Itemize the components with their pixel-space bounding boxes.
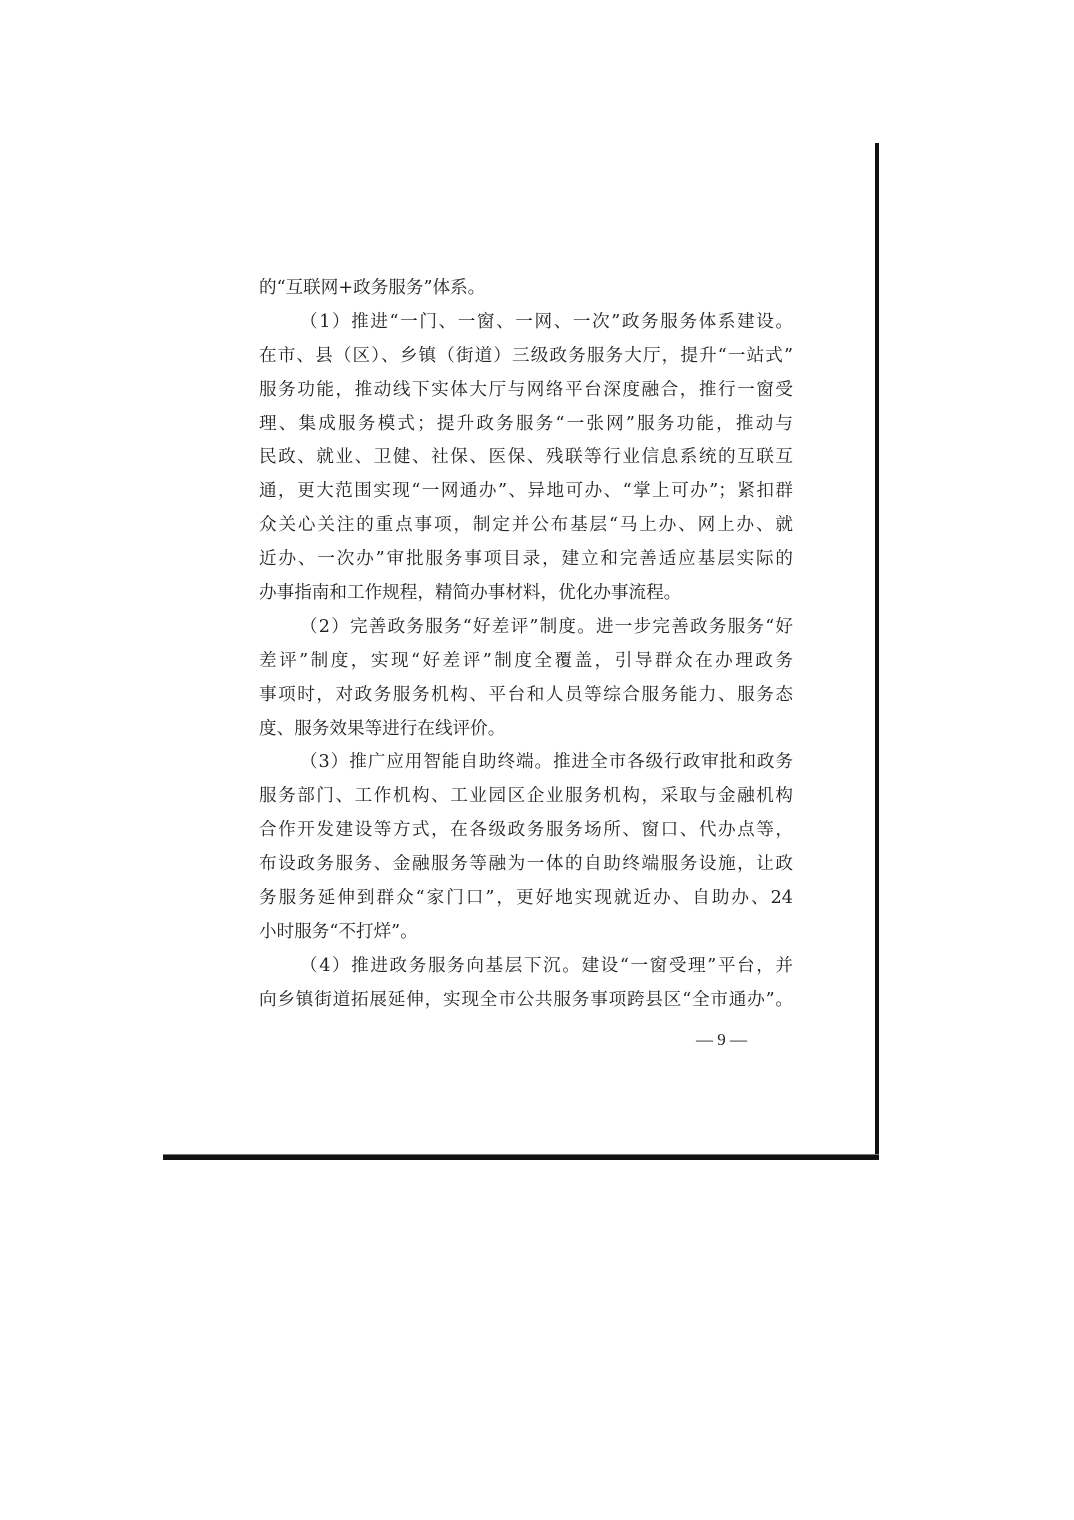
text-line-paragraph-2-heading: （2）完善政务服务“好差评”制度。进一步完善政务服务“好	[259, 611, 793, 645]
page-number: — 9 —	[696, 1030, 747, 1050]
text-line: 的“互联网+政务服务”体系。	[259, 272, 793, 306]
text-line: 合作开发建设等方式，在各级政务服务场所、窗口、代办点等，	[259, 814, 793, 848]
text-line: 服务功能，推动线下实体大厅与网络平台深度融合，推行一窗受	[259, 374, 793, 408]
text-line: 理、集成服务模式；提升政务服务“一张网”服务功能，推动与	[259, 408, 793, 442]
text-line: 在市、县（区）、乡镇（街道）三级政务服务大厅，提升“一站式”	[259, 340, 793, 374]
text-line: 众关心关注的重点事项，制定并公布基层“马上办、网上办、就	[259, 509, 793, 543]
text-line-paragraph-4-heading: （4）推进政务服务向基层下沉。建设“一窗受理”平台，并	[259, 950, 793, 984]
text-line: 事项时，对政务服务机构、平台和人员等综合服务能力、服务态	[259, 679, 793, 713]
text-line: 务服务延伸到群众“家门口”，更好地实现就近办、自助办、24	[259, 882, 793, 916]
text-line: 通，更大范围实现“一网通办”、异地可办、“掌上可办”；紧扣群	[259, 475, 793, 509]
page-border-bottom	[163, 1154, 879, 1160]
text-line: 服务部门、工作机构、工业园区企业服务机构，采取与金融机构	[259, 780, 793, 814]
page-border-right	[875, 143, 879, 1160]
text-line: 小时服务“不打烊”。	[259, 916, 793, 950]
text-line-paragraph-3-heading: （3）推广应用智能自助终端。推进全市各级行政审批和政务	[259, 746, 793, 780]
text-line: 近办、一次办”审批服务事项目录，建立和完善适应基层实际的	[259, 543, 793, 577]
text-line-paragraph-1-heading: （1）推进“一门、一窗、一网、一次”政务服务体系建设。	[259, 306, 793, 340]
text-line: 向乡镇街道拓展延伸，实现全市公共服务事项跨县区“全市通办”。	[259, 984, 793, 1018]
text-line: 办事指南和工作规程，精简办事材料，优化办事流程。	[259, 577, 793, 611]
document-page: 的“互联网+政务服务”体系。 （1）推进“一门、一窗、一网、一次”政务服务体系建…	[0, 0, 1074, 1520]
text-line: 差评”制度，实现“好差评”制度全覆盖，引导群众在办理政务	[259, 645, 793, 679]
text-line: 民政、就业、卫健、社保、医保、残联等行业信息系统的互联互	[259, 441, 793, 475]
text-line: 度、服务效果等进行在线评价。	[259, 713, 793, 747]
text-line: 布设政务服务、金融服务等融为一体的自助终端服务设施，让政	[259, 848, 793, 882]
body-text: 的“互联网+政务服务”体系。 （1）推进“一门、一窗、一网、一次”政务服务体系建…	[259, 272, 793, 1018]
